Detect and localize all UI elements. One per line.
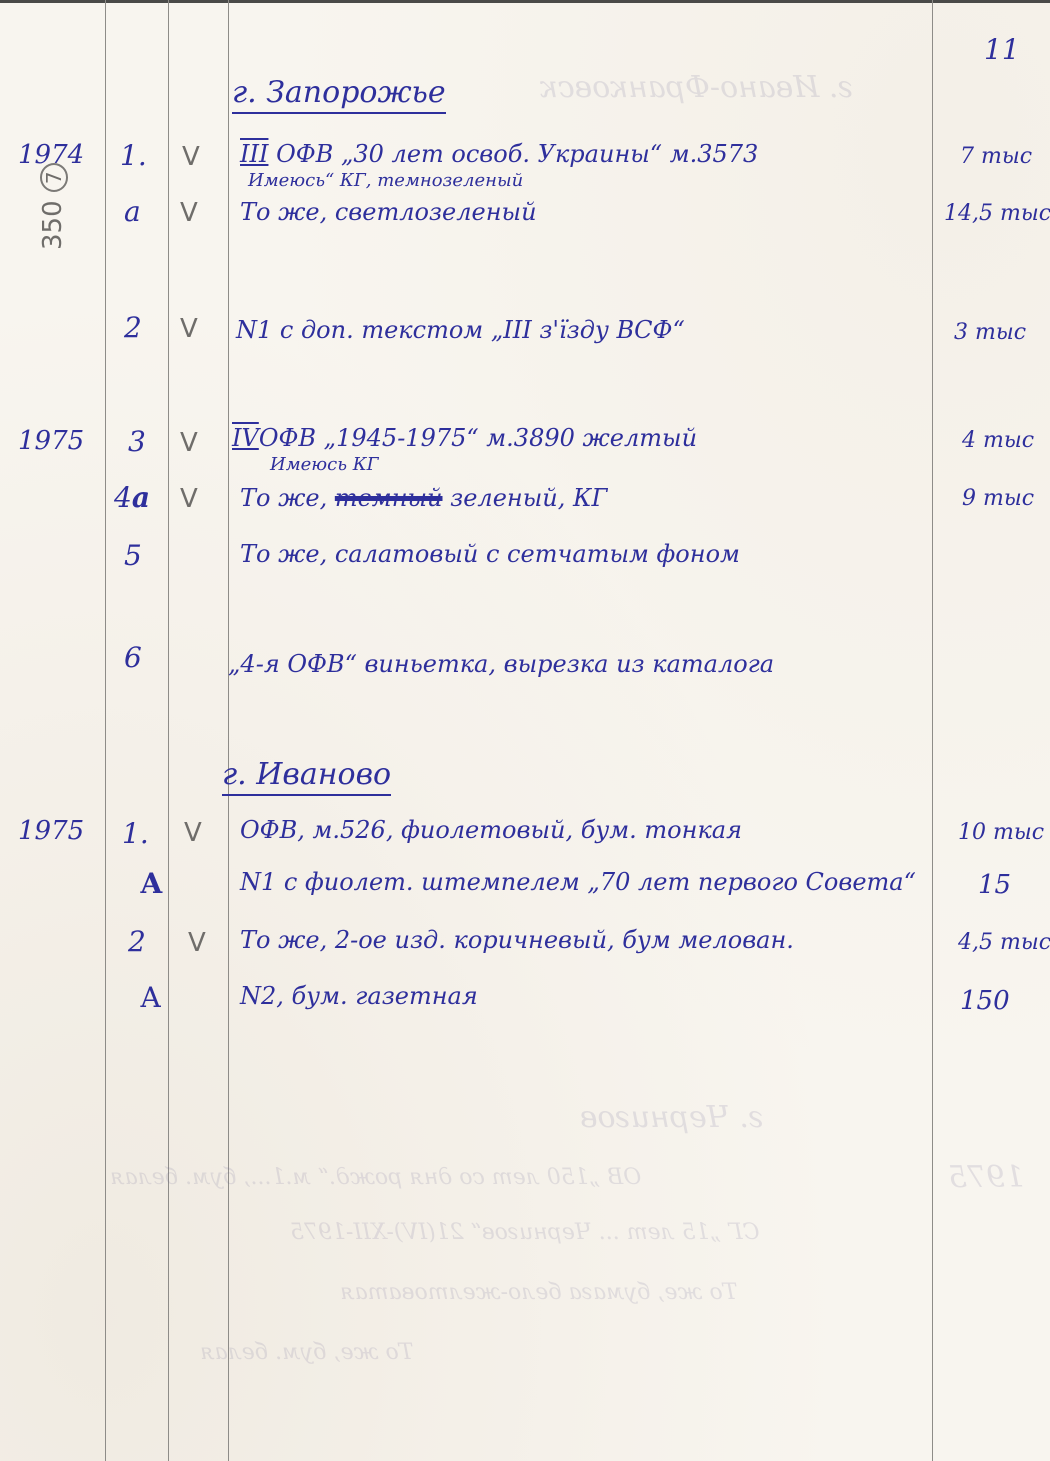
entry-quantity: 3 тыс [954, 322, 1026, 344]
bleed-through-text: г. Чернигов [580, 1100, 764, 1135]
section-heading-zaporozhye: г. Запорожье [232, 78, 446, 114]
entry-quantity: 14,5 тыс [944, 203, 1050, 225]
entry-number: 1. [120, 142, 147, 170]
entry-description: IVОФВ „1945-1975“ м.3890 желтый [232, 426, 697, 450]
check-mark: V [180, 486, 198, 512]
check-mark: V [180, 200, 198, 226]
entry-description: То же, салатовый с сетчатым фоном [240, 542, 740, 566]
check-mark: V [184, 820, 202, 846]
entry-description: „4-я ОФВ“ виньетка, вырезка из каталога [228, 652, 774, 676]
column-rule-quantity [932, 0, 933, 1461]
roman-numeral: IV [232, 424, 259, 452]
bleed-through-text: ОВ „150 лет со дня рожд.“ м.1..., бум. б… [110, 1165, 641, 1190]
entry-number: 4а [114, 484, 150, 512]
page-number: 11 [984, 36, 1020, 64]
column-rule-year [105, 0, 106, 1461]
bleed-through-text: 1975 [948, 1160, 1024, 1195]
section-heading-ivanovo: г. Иваново [222, 760, 391, 796]
entry-quantity: 150 [960, 988, 1010, 1014]
check-mark: V [188, 930, 206, 956]
bleed-through-text: То же, бумага бело-желтоватая [340, 1280, 737, 1305]
entry-year: 1975 [18, 818, 84, 844]
entry-description: III ОФВ „30 лет освоб. Украины“ м.3573 [240, 142, 758, 166]
margin-note: 350 7 [38, 163, 68, 250]
entry-number: 3 [128, 428, 146, 456]
entry-number: 2 [124, 314, 142, 342]
entry-quantity: 9 тыс [962, 488, 1034, 510]
entry-number: А [140, 870, 163, 898]
entry-number: 1. [122, 820, 149, 848]
entry-number: 5 [124, 542, 142, 570]
entry-number: а [124, 198, 141, 226]
entry-number: А [140, 984, 161, 1012]
entry-note: Имеюсь“ КГ, темнозеленый [248, 172, 523, 190]
check-mark: V [180, 430, 198, 456]
entry-year: 1974 [18, 142, 84, 168]
margin-note-value: 350 [38, 200, 68, 250]
overstruck-mark: а [132, 481, 150, 514]
entry-number: 2 [128, 928, 146, 956]
struck-word: темный [335, 484, 443, 512]
check-mark: V [182, 144, 200, 170]
entry-quantity: 10 тыс [958, 822, 1044, 844]
roman-numeral: III [240, 140, 268, 168]
entry-description: То же, светлозеленый [240, 200, 537, 224]
bleed-through-text: г. Ивано-Франковск [540, 70, 854, 105]
check-mark: V [180, 316, 198, 342]
entry-number: 6 [124, 644, 142, 672]
entry-quantity: 15 [978, 872, 1011, 898]
entry-description: N1 с доп. текстом „III з'їзду ВСФ“ [236, 318, 685, 342]
bleed-through-text: То же, бум. белая [200, 1340, 413, 1365]
entry-quantity: 7 тыс [960, 146, 1032, 168]
entry-description: То же, 2-ое изд. коричневый, бум мелован… [240, 928, 794, 952]
bleed-through-text: СГ „15 лет ... Чернигов“ 21(IV)-XII-1975 [290, 1220, 759, 1245]
entry-quantity: 4,5 тыс [958, 932, 1050, 954]
entry-description: То же, темный зеленый, КГ [240, 486, 607, 510]
entry-quantity: 4 тыс [962, 430, 1034, 452]
page-top-edge [0, 0, 1050, 3]
entry-description: N1 с фиолет. штемпелем „70 лет первого С… [240, 870, 916, 894]
column-rule-number [168, 0, 169, 1461]
entry-description: N2, бум. газетная [240, 984, 478, 1008]
entry-year: 1975 [18, 428, 84, 454]
column-rule-check [228, 0, 229, 1461]
entry-note: Имеюсь КГ [270, 456, 379, 474]
entry-description: ОФВ, м.526, фиолетовый, бум. тонкая [240, 818, 742, 842]
